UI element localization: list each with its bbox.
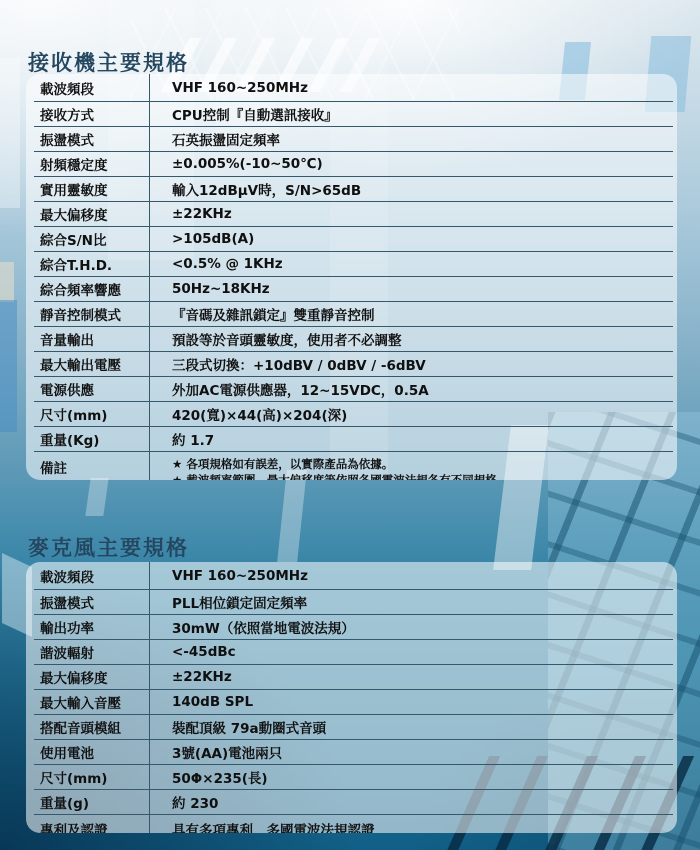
microphone-spec-table: 載波頻段VHF 160~250MHz振盪模式PLL相位鎖定固定頻率輸出功率30m… <box>26 562 677 833</box>
spec-value: 420(寬)×44(高)×204(深) <box>150 402 673 426</box>
page: { "colors": { "background_top": "#dfe9ef… <box>0 0 700 850</box>
spec-value: ±22KHz <box>150 665 673 689</box>
receiver-spec-table: 載波頻段VHF 160~250MHz接收方式CPU控制『自動選訊接收』振盪模式石… <box>26 74 677 480</box>
spec-row: 靜音控制模式『音碼及雜訊鎖定』雙重靜音控制 <box>34 302 673 327</box>
spec-label: 重量(Kg) <box>34 427 150 451</box>
spec-label: 載波頻段 <box>34 562 150 589</box>
spec-label: 諧波輻射 <box>34 640 150 664</box>
spec-label: 備註 <box>34 452 150 480</box>
spec-row: 綜合T.H.D.<0.5% @ 1KHz <box>34 252 673 277</box>
spec-value: 『音碼及雜訊鎖定』雙重靜音控制 <box>150 302 673 326</box>
spec-value: >105dB(A) <box>150 227 673 251</box>
spec-label: 振盪模式 <box>34 590 150 614</box>
spec-label: 搭配音頭模組 <box>34 715 150 739</box>
spec-row: 重量(g)約 230 <box>34 790 673 815</box>
spec-value: ★ 各項規格如有誤差，以實際產品為依據。★ 載波頻率範圍、最大偏移度等依照各國電… <box>150 452 673 480</box>
spec-label: 使用電池 <box>34 740 150 764</box>
spec-row: 射頻穩定度±0.005%(-10~50℃) <box>34 152 673 177</box>
spec-row: 最大偏移度±22KHz <box>34 202 673 227</box>
spec-row: 載波頻段VHF 160~250MHz <box>34 74 673 102</box>
spec-row: 重量(Kg)約 1.7 <box>34 427 673 452</box>
spec-row: 載波頻段VHF 160~250MHz <box>34 562 673 590</box>
spec-value: VHF 160~250MHz <box>150 74 673 101</box>
spec-value: ±0.005%(-10~50℃) <box>150 152 673 176</box>
spec-row: 專利及認證具有多項專利，多國電波法規認證 <box>34 815 673 833</box>
spec-label: 尺寸(mm) <box>34 402 150 426</box>
spec-label: 載波頻段 <box>34 74 150 101</box>
spec-row: 振盪模式石英振盪固定頻率 <box>34 127 673 152</box>
spec-value: 約 230 <box>150 790 673 814</box>
spec-value: 石英振盪固定頻率 <box>150 127 673 151</box>
spec-label: 最大偏移度 <box>34 202 150 226</box>
spec-value: 具有多項專利，多國電波法規認證 <box>150 815 673 833</box>
spec-label: 綜合T.H.D. <box>34 252 150 276</box>
spec-row: 接收方式CPU控制『自動選訊接收』 <box>34 102 673 127</box>
spec-value: CPU控制『自動選訊接收』 <box>150 102 673 126</box>
spec-row: 搭配音頭模組裝配頂級 79a動圈式音頭 <box>34 715 673 740</box>
spec-row: 最大輸出電壓三段式切換：+10dBV / 0dBV / -6dBV <box>34 352 673 377</box>
spec-value: <-45dBc <box>150 640 673 664</box>
spec-label: 尺寸(mm) <box>34 765 150 789</box>
spec-label: 靜音控制模式 <box>34 302 150 326</box>
spec-value: 3號(AA)電池兩只 <box>150 740 673 764</box>
bg-left-edge-strip <box>0 58 20 208</box>
spec-row: 最大偏移度±22KHz <box>34 665 673 690</box>
spec-value: 預設等於音頭靈敏度，使用者不必調整 <box>150 327 673 351</box>
spec-value: 140dB SPL <box>150 690 673 714</box>
spec-label: 綜合S/N比 <box>34 227 150 251</box>
spec-value: 外加AC電源供應器，12~15VDC，0.5A <box>150 377 673 401</box>
spec-value: 50Hz~18KHz <box>150 277 673 301</box>
section-title-receiver: 接收機主要規格 <box>28 47 189 77</box>
spec-label: 電源供應 <box>34 377 150 401</box>
spec-row: 諧波輻射<-45dBc <box>34 640 673 665</box>
spec-row: 綜合S/N比>105dB(A) <box>34 227 673 252</box>
spec-label: 振盪模式 <box>34 127 150 151</box>
spec-row: 電源供應外加AC電源供應器，12~15VDC，0.5A <box>34 377 673 402</box>
spec-row: 尺寸(mm)420(寬)×44(高)×204(深) <box>34 402 673 427</box>
spec-row: 實用靈敏度輸入12dBμV時，S/N>65dB <box>34 177 673 202</box>
spec-value: ±22KHz <box>150 202 673 226</box>
spec-row: 使用電池3號(AA)電池兩只 <box>34 740 673 765</box>
bg-left-edge-strip <box>0 262 14 302</box>
spec-value: <0.5% @ 1KHz <box>150 252 673 276</box>
spec-label: 最大輸入音壓 <box>34 690 150 714</box>
spec-label: 最大偏移度 <box>34 665 150 689</box>
spec-value: 50Φ×235(長) <box>150 765 673 789</box>
spec-row: 備註★ 各項規格如有誤差，以實際產品為依據。★ 載波頻率範圍、最大偏移度等依照各… <box>34 452 673 480</box>
spec-label: 接收方式 <box>34 102 150 126</box>
spec-row: 綜合頻率響應50Hz~18KHz <box>34 277 673 302</box>
spec-row: 振盪模式PLL相位鎖定固定頻率 <box>34 590 673 615</box>
spec-label: 音量輸出 <box>34 327 150 351</box>
spec-row: 輸出功率30mW（依照當地電波法規） <box>34 615 673 640</box>
spec-value: 裝配頂級 79a動圈式音頭 <box>150 715 673 739</box>
spec-label: 射頻穩定度 <box>34 152 150 176</box>
bg-left-edge-strip <box>0 300 17 432</box>
spec-value: 約 1.7 <box>150 427 673 451</box>
spec-value: 30mW（依照當地電波法規） <box>150 615 673 639</box>
spec-label: 最大輸出電壓 <box>34 352 150 376</box>
spec-value: VHF 160~250MHz <box>150 562 673 589</box>
spec-value: 三段式切換：+10dBV / 0dBV / -6dBV <box>150 352 673 376</box>
spec-row: 音量輸出預設等於音頭靈敏度，使用者不必調整 <box>34 327 673 352</box>
spec-label: 輸出功率 <box>34 615 150 639</box>
section-title-microphone: 麥克風主要規格 <box>28 532 189 562</box>
spec-label: 綜合頻率響應 <box>34 277 150 301</box>
spec-row: 最大輸入音壓140dB SPL <box>34 690 673 715</box>
spec-label: 實用靈敏度 <box>34 177 150 201</box>
spec-value: 輸入12dBμV時，S/N>65dB <box>150 177 673 201</box>
spec-label: 專利及認證 <box>34 815 150 833</box>
spec-value: PLL相位鎖定固定頻率 <box>150 590 673 614</box>
spec-label: 重量(g) <box>34 790 150 814</box>
spec-row: 尺寸(mm)50Φ×235(長) <box>34 765 673 790</box>
